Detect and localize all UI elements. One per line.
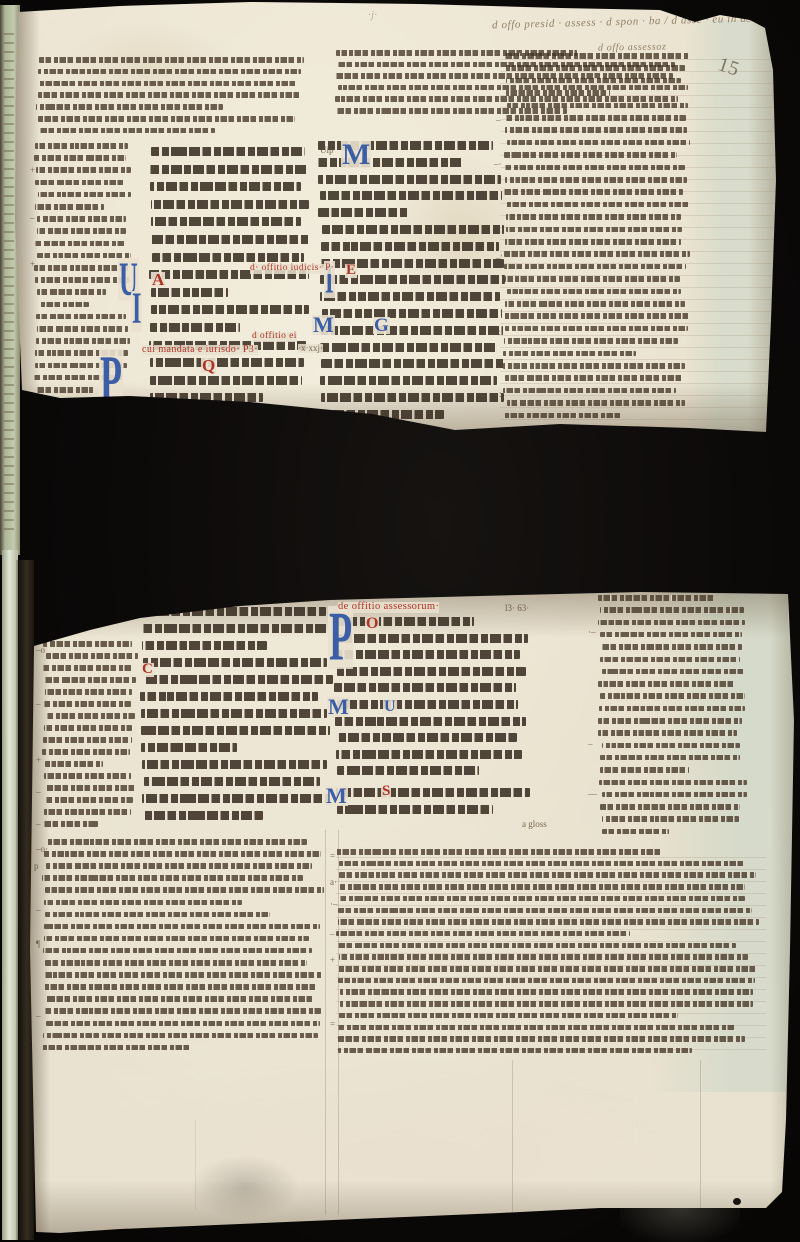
margin-mark: a gloss bbox=[522, 820, 547, 829]
margin-mark: – bbox=[36, 820, 41, 829]
margin-mark: + bbox=[36, 756, 41, 765]
margin-mark: –: bbox=[494, 328, 501, 337]
illuminated-initial: M bbox=[341, 141, 371, 168]
margin-mark: ·– bbox=[330, 900, 338, 909]
illuminated-initial: M bbox=[327, 697, 350, 717]
rubric-heading: d· offitio iudicis· P· bbox=[250, 264, 334, 274]
margin-mark: –o bbox=[36, 646, 45, 655]
margin-mark: = bbox=[330, 852, 335, 861]
margin-mark: p bbox=[34, 862, 39, 871]
margin-mark: – bbox=[36, 1012, 41, 1021]
illuminated-initial: C bbox=[141, 663, 154, 677]
margin-mark: – bbox=[36, 700, 41, 709]
adjacent-leaf-text bbox=[4, 30, 14, 530]
margin-mark: + bbox=[30, 166, 35, 175]
margin-mark: a· bbox=[330, 878, 337, 887]
mount-shadow-patch bbox=[620, 1208, 740, 1242]
margin-mark: ·– bbox=[588, 628, 596, 637]
illuminated-initial: I bbox=[131, 291, 142, 331]
manuscript-photo: MUAIPQIEMG––·–'–:·:+–+Uip d· offitio iud… bbox=[0, 0, 800, 1242]
illuminated-initial: E bbox=[345, 264, 357, 278]
margin-mark: + bbox=[330, 956, 335, 965]
margin-mark: –o· bbox=[36, 845, 48, 854]
margin-mark: ¶ bbox=[36, 940, 40, 949]
illuminated-initial: M bbox=[312, 315, 335, 335]
margin-mark: + bbox=[30, 260, 35, 269]
margin-mark: – bbox=[496, 116, 501, 125]
illuminated-initial: A bbox=[151, 272, 165, 287]
illuminated-initial: Q bbox=[201, 358, 216, 373]
margin-mark: –' bbox=[496, 254, 502, 263]
margin-mark: – bbox=[588, 740, 593, 749]
rubric-heading: cui mandata e iurisdo· P3· bbox=[142, 345, 258, 355]
illuminated-initial: S bbox=[381, 785, 391, 799]
margin-mark: – bbox=[330, 930, 335, 939]
margin-mark: – bbox=[36, 788, 41, 797]
margin-mark: –· bbox=[494, 160, 502, 169]
rubric-heading: d offitio ei bbox=[252, 332, 297, 342]
rubric-tail: l3· 63· bbox=[505, 604, 529, 613]
rubric-heading-assessorum: de offitio assessorum· bbox=[338, 602, 439, 613]
illuminated-initial: G bbox=[373, 317, 390, 334]
quire-mark: ·j· bbox=[368, 10, 378, 21]
illuminated-initial: P bbox=[328, 606, 353, 669]
margin-mark: = bbox=[330, 1020, 335, 1029]
margin-mark: Uip bbox=[320, 146, 334, 155]
margin-mark: – bbox=[36, 906, 41, 915]
illuminated-initial: O bbox=[365, 617, 379, 631]
margin-mark: — bbox=[588, 790, 597, 799]
margin-mark: – bbox=[30, 214, 35, 223]
illuminated-initial: U bbox=[383, 700, 397, 714]
chapter-reference: ·x·xxj· bbox=[298, 344, 323, 353]
illuminated-initial: P bbox=[99, 349, 123, 409]
illuminated-initial: M bbox=[325, 786, 348, 806]
top-marginal-note-2: d offo assessoz bbox=[598, 41, 667, 53]
margin-mark: ·: bbox=[496, 390, 502, 399]
